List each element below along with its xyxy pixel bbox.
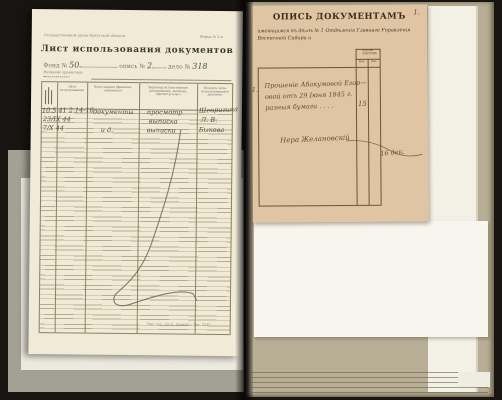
opis-label: опись № (119, 63, 145, 70)
usage-sheet-page: Государственный архив Иркутской области … (28, 9, 243, 356)
form-code: Форма № 2-в (200, 35, 223, 39)
page-title: Лист использования документов (32, 44, 243, 56)
archive-label: Государственный архив Иркутской области (44, 33, 125, 38)
dotted-blank (79, 59, 117, 67)
delo-value: 318 (192, 62, 207, 71)
signature-flourish (251, 4, 429, 222)
print-imprint: Тип. газ. «В.-С. правда». Зак. 2537 (147, 322, 211, 327)
blank-white-sheet (254, 221, 488, 337)
storage-label: Название хранилища (43, 70, 83, 74)
usage-table: Дата использования Кому выдано (фамилия,… (39, 81, 234, 335)
page-corner-sliver (458, 372, 490, 387)
page-stack-edges (252, 372, 488, 394)
fond-value: 50 (69, 60, 79, 69)
storage-blank-line (91, 78, 231, 81)
delo-label: дело № (168, 63, 190, 70)
dotted-blank (152, 60, 166, 68)
opis-page: ОПИСЬ ДОКУМЕНТАМЪ 1. имеющимся въ дѣлѣ №… (251, 4, 429, 222)
crossout-flourish (39, 82, 234, 337)
archival-scan-spread: Государственный архив Иркутской области … (0, 0, 502, 400)
binding-gutter-shadow (235, 0, 253, 400)
